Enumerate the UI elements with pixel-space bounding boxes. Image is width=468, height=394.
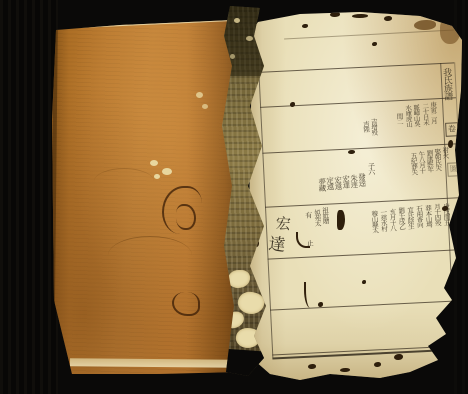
entry-big-name-char: 達 <box>267 229 287 256</box>
cover-crease <box>108 236 192 275</box>
spine-torn-paper-blob <box>228 270 250 288</box>
worm-damage-mark <box>290 102 295 107</box>
genealogy-column: 吉陛 <box>361 121 368 132</box>
worm-damage-mark <box>302 24 308 28</box>
rule-line <box>268 249 464 260</box>
ruled-frame: 我氏族譜 卷 圖 閏二 水庫虎山 脈嶂山吳 二十日未 庚寅二月 吉陛 吉增殁 五… <box>256 54 468 364</box>
worm-damage-mark <box>348 150 355 154</box>
genealogy-column: 一慈水村 <box>378 209 386 231</box>
worm-damage-mark <box>340 368 350 372</box>
genealogy-column: 庚寅二月 <box>428 101 436 123</box>
genealogy-column: 宜氏陰生 <box>405 207 413 229</box>
cover-damage-squiggle <box>176 204 196 230</box>
entry-note-column: 有 <box>304 211 312 217</box>
cover-paper-fleck <box>196 92 203 98</box>
genealogy-column: 祔火 <box>440 147 447 158</box>
worm-damage-mark <box>394 354 403 360</box>
genealogy-column: 吉增殁 <box>369 118 377 135</box>
cover-paper-fleck <box>202 104 208 109</box>
worm-damage-mark <box>372 42 377 46</box>
dark-wood-background-left <box>0 0 58 394</box>
worm-damage-mark <box>352 14 368 18</box>
worm-damage-mark <box>318 302 323 307</box>
rule-line <box>270 300 466 311</box>
worm-damage-mark <box>330 12 340 17</box>
page-top-crease <box>284 30 454 40</box>
genealogy-column: 石兩香向 <box>414 205 422 227</box>
worm-damage-mark <box>308 364 316 369</box>
genealogy-page: 我氏族譜 卷 圖 閏二 水庫虎山 脈嶂山吳 二十日未 庚寅二月 吉陛 吉增殁 五… <box>244 10 468 386</box>
genealogy-column: 劉康熙年 <box>424 150 432 172</box>
son-name-column: 發逵 <box>357 173 366 186</box>
genealogy-column: 穆山縣太 <box>369 210 377 232</box>
genealogy-column: 脈嶂山吳 <box>411 104 419 126</box>
genealogy-column: 劉壬戌乙 <box>396 207 404 229</box>
edge-title-text: 我氏族譜 <box>441 67 452 99</box>
cover-paper-fleck <box>154 174 160 179</box>
spine-paper-fleck <box>230 54 235 59</box>
genealogy-column: 月十四殁 <box>432 203 440 225</box>
cover-bottom-page-edges <box>70 358 236 367</box>
worm-damage-mark <box>362 280 366 284</box>
cover-paper-fleck <box>150 160 158 166</box>
genealogy-column: 午八月十 <box>416 151 424 173</box>
photo-of-antique-genealogy-book: 我氏族譜 卷 圖 閏二 水庫虎山 脈嶂山吳 二十日未 庚寅二月 吉陛 吉增殁 五… <box>0 0 468 394</box>
book-cover <box>50 18 240 378</box>
genealogy-column: 閏二 <box>395 113 402 124</box>
spine-paper-fleck <box>246 36 253 41</box>
worm-damage-mark <box>442 206 448 211</box>
genealogy-column: 亥月十八 <box>387 208 395 230</box>
rule-line <box>258 62 454 73</box>
worm-damage-mark <box>448 140 453 148</box>
sons-count-label: 子六 <box>367 162 375 174</box>
genealogy-column: 水庫虎山 <box>403 105 411 127</box>
cover-paper-fleck <box>162 168 172 175</box>
stain-mark <box>414 20 436 30</box>
entry-note-column: 姒苑太 <box>312 209 320 226</box>
worm-damage-mark <box>384 16 392 21</box>
cover-top-edge-highlight <box>54 18 234 29</box>
genealogy-column: 二十日未 <box>420 103 428 125</box>
cover-crease <box>94 168 154 195</box>
genealogy-column: 葬本山塆 <box>423 205 431 227</box>
entry-note-column: 祖妣贈 <box>320 207 328 224</box>
spine-paper-fleck <box>234 18 240 23</box>
cover-damage-squiggle <box>172 292 200 316</box>
genealogy-column: 娶朝氏失 <box>432 148 440 170</box>
genealogy-column: 五紀葬失 <box>409 152 417 174</box>
worm-damage-mark <box>374 362 381 367</box>
